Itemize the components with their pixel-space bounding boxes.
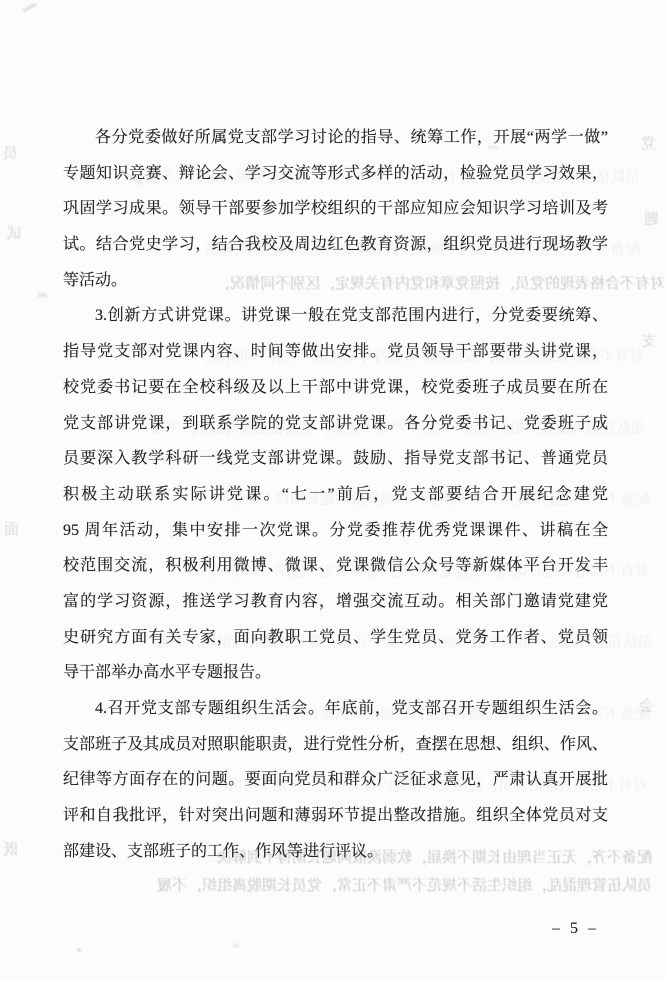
bleedthrough-fragment: 题: [644, 208, 659, 229]
scan-smudge: [77, 948, 81, 952]
text-line: 专题知识竞赛、辩论会、学习交流等形式多样的活动，检验党员学习效果，: [63, 156, 608, 192]
text-line: 试。结合党史学习，结合我校及周边红色教育资源，组织党员进行现场教学: [63, 227, 608, 263]
text-line: 史研究方面有关专家，面向教职工党员、学生党员、党务工作者、党员领: [63, 620, 608, 656]
text-line: 等活动。: [63, 263, 608, 299]
bleedthrough-fragment: 面: [4, 518, 19, 539]
scan-smudge: [22, 3, 37, 13]
text-line: 校范围交流，积极利用微博、微课、党课微信公众号等新媒体平台开发丰: [63, 548, 608, 584]
text-line: 党支部讲党课，到联系学院的党支部讲党课。各分党委书记、党委班子成: [63, 406, 608, 442]
scan-smudge: [38, 293, 47, 297]
text-line: 富的学习资源，推送学习教育内容，增强交流互动。相关部门邀请党建党: [63, 584, 608, 620]
text-line: 各分党委做好所属党支部学习讨论的指导、统筹工作，开展“两学一做”: [63, 120, 608, 156]
scanned-document-page: 对有不合格表现的党员，按照党章和党内有关规定，区别不同情况， 配备不齐，无正当理…: [0, 0, 666, 982]
bleedthrough-fragment: 会: [639, 695, 654, 716]
scan-smudge: [232, 944, 239, 947]
text-line: 4.召开党支部专题组织生活会。年底前，党支部召开专题组织生活会。: [63, 691, 608, 727]
document-body: 各分党委做好所属党支部学习讨论的指导、统筹工作，开展“两学一做” 专题知识竞赛、…: [63, 120, 608, 869]
text-line: 95 周年活动，集中安排一次党课。分党委推荐优秀党课课件、讲稿在全: [63, 513, 608, 549]
text-line: 支部班子及其成员对照职能职责，进行党性分析，查摆在思想、组织、作风、: [63, 727, 608, 763]
text-line: 校党委书记要在全校科级及以上干部中讲党课，校党委班子成员要在所在: [63, 370, 608, 406]
text-line: 积极主动联系实际讲党课。“七一”前后，党支部要结合开展纪念建党: [63, 477, 608, 513]
text-line: 部建设、支部班子的工作、作风等进行评议。: [63, 834, 608, 870]
text-line: 纪律等方面存在的问题。要面向党员和群众广泛征求意见，严肃认真开展批: [63, 762, 608, 798]
text-line: 员要深入教学科研一线党支部讲党课。鼓励、指导党支部书记、普通党员: [63, 441, 608, 477]
page-number: – 5 –: [552, 920, 599, 938]
text-line: 巩固学习成果。领导干部要参加学校组织的干部应知应会知识学习培训及考: [63, 191, 608, 227]
text-line: 3.创新方式讲党课。讲党课一般在党支部范围内进行，分党委要统筹、: [63, 298, 608, 334]
text-line: 导干部举办高水平专题报告。: [63, 655, 608, 691]
text-line: 指导党支部对党课内容、时间等做出安排。党员领导干部要带头讲党课，: [63, 334, 608, 370]
bleedthrough-fragment: 员: [3, 142, 18, 163]
bleedthrough-fragment: 党: [641, 132, 656, 153]
bleedthrough-fragment: 既: [3, 838, 18, 859]
bleedthrough-fragment: 试: [7, 222, 22, 243]
text-line: 评和自我批评，针对突出问题和薄弱环节提出整改措施。组织全体党员对支: [63, 798, 608, 834]
bleedthrough-fragment: 支: [642, 330, 657, 351]
bleedthrough-text-line: 员队伍管理混乱，组织生活不规范不严肃不正常，党员长期脱离组织，不履: [0, 876, 652, 896]
